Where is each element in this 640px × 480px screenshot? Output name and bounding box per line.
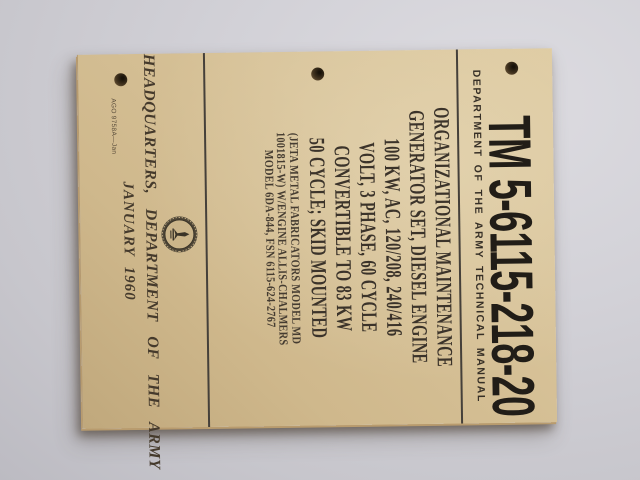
- photo-background: TM 5-6115-218-20 DEPARTMENT OF THE ARMY …: [0, 0, 640, 480]
- bottom-rule: [203, 53, 210, 427]
- manual-cover-page: TM 5-6115-218-20 DEPARTMENT OF THE ARMY …: [77, 48, 557, 429]
- print-code: AGO 9758A—Jan: [110, 98, 118, 154]
- date-line: JANUARY 1960: [117, 54, 139, 428]
- top-rule: [456, 50, 463, 424]
- headquarters-line: HEADQUARTERS, DEPARTMENT OF THE ARMY: [139, 54, 162, 428]
- department-banner: DEPARTMENT OF THE ARMY TECHNICAL MANUAL: [469, 59, 487, 413]
- tm-number: TM 5-6115-218-20: [479, 115, 543, 417]
- title-line: 50 CYCLE; SKID MOUNTED: [298, 51, 328, 425]
- army-seal-icon: [160, 215, 199, 254]
- punch-hole: [505, 62, 518, 75]
- title-block: ORGANIZATIONAL MAINTENANCE GENERATOR SET…: [260, 50, 453, 427]
